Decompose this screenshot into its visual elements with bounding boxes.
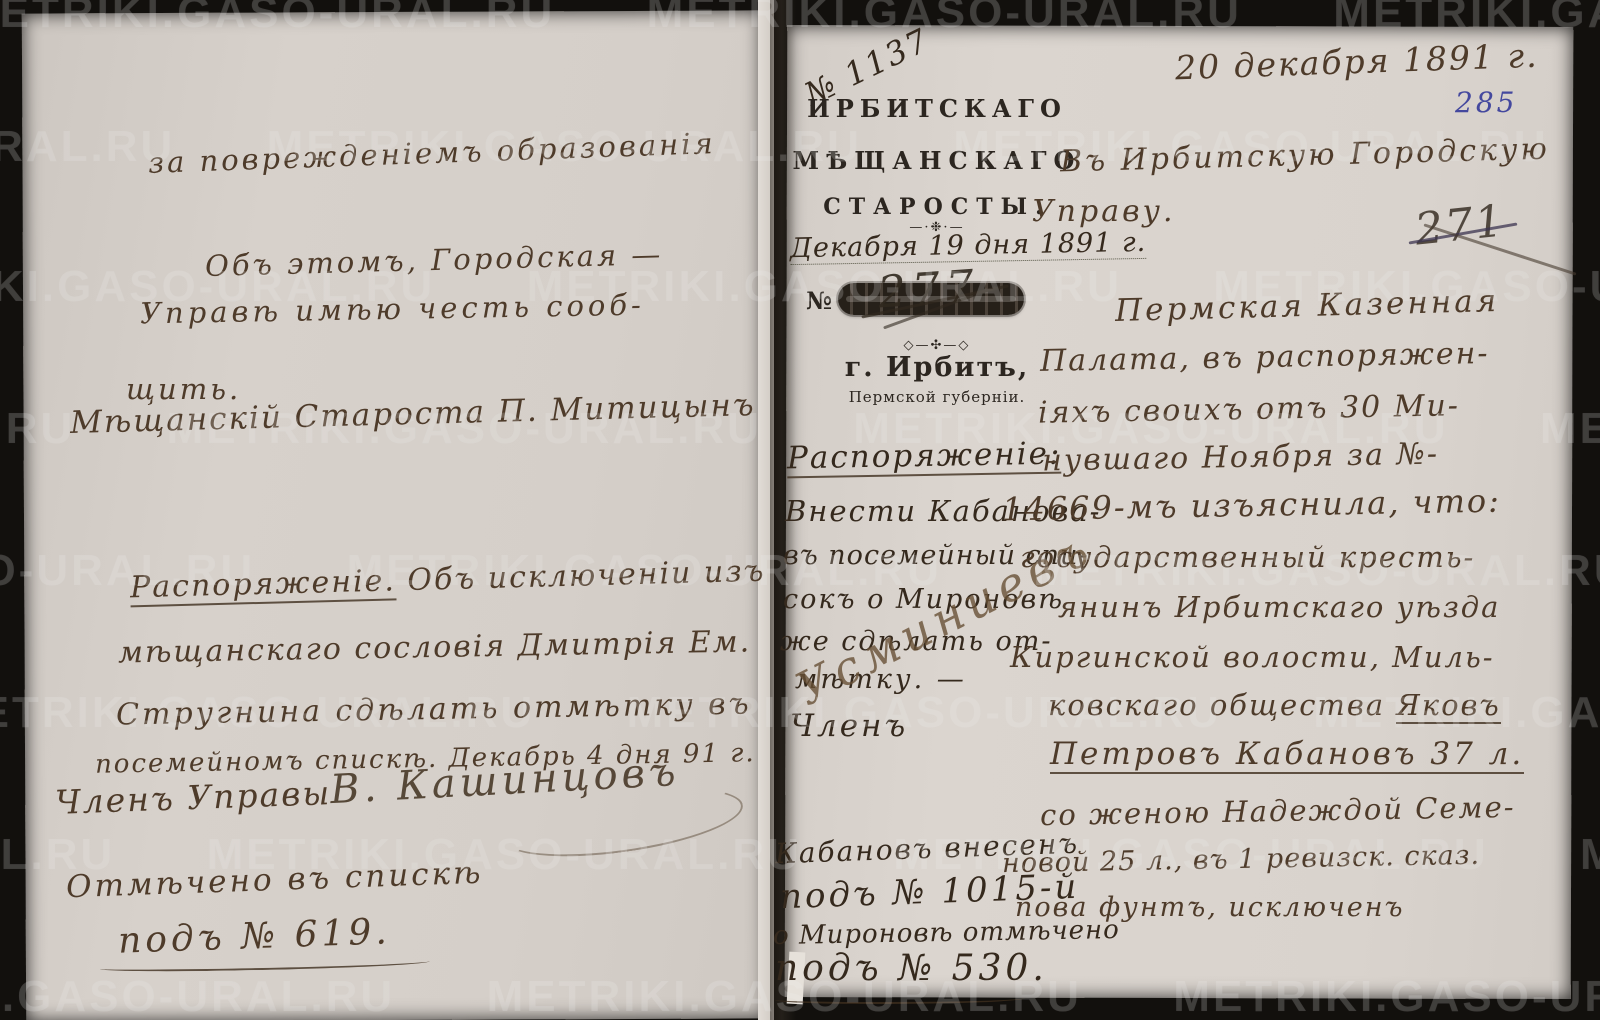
watermark-row: METRIKI.GASO-URAL.RU METRIKI.GASO-URAL.R…: [0, 546, 1600, 596]
watermark-row: METRIKI.GASO-URAL.RU METRIKI.GASO-URAL.R…: [0, 0, 1600, 38]
watermark-row: METRIKI.GASO-URAL.RU METRIKI.GASO-URAL.R…: [0, 262, 1600, 312]
underlined-name-line: Петровъ Кабановъ 37 л.: [1050, 736, 1524, 774]
handwritten-line: Управу.: [1032, 194, 1176, 229]
watermark-row: METRIKI.GASO-URAL.RU METRIKI.GASO-URAL.R…: [0, 830, 1600, 880]
page-number-blue: 285: [1455, 86, 1517, 119]
letterhead-date-line: Декабря 19 дня 1891 г.: [790, 227, 1147, 265]
watermark-row: METRIKI.GASO-URAL.RU METRIKI.GASO-URAL.R…: [0, 122, 1600, 172]
handwritten-line: Киргинской волости, Миль-: [1010, 640, 1495, 674]
watermark-row: METRIKI.GASO-URAL.RU METRIKI.GASO-URAL.R…: [0, 688, 1600, 738]
handwritten-line: пова фунтъ, исключенъ: [1015, 892, 1405, 923]
scanned-document: за поврежденіемъ образованія Объ этомъ, …: [0, 0, 1600, 1020]
letterhead-line: ИРБИТСКАГО: [782, 94, 1092, 123]
watermark-row: METRIKI.GASO-URAL.RU METRIKI.GASO-URAL.R…: [0, 972, 1600, 1020]
watermark-row: METRIKI.GASO-URAL.RU METRIKI.GASO-URAL.R…: [0, 404, 1600, 454]
